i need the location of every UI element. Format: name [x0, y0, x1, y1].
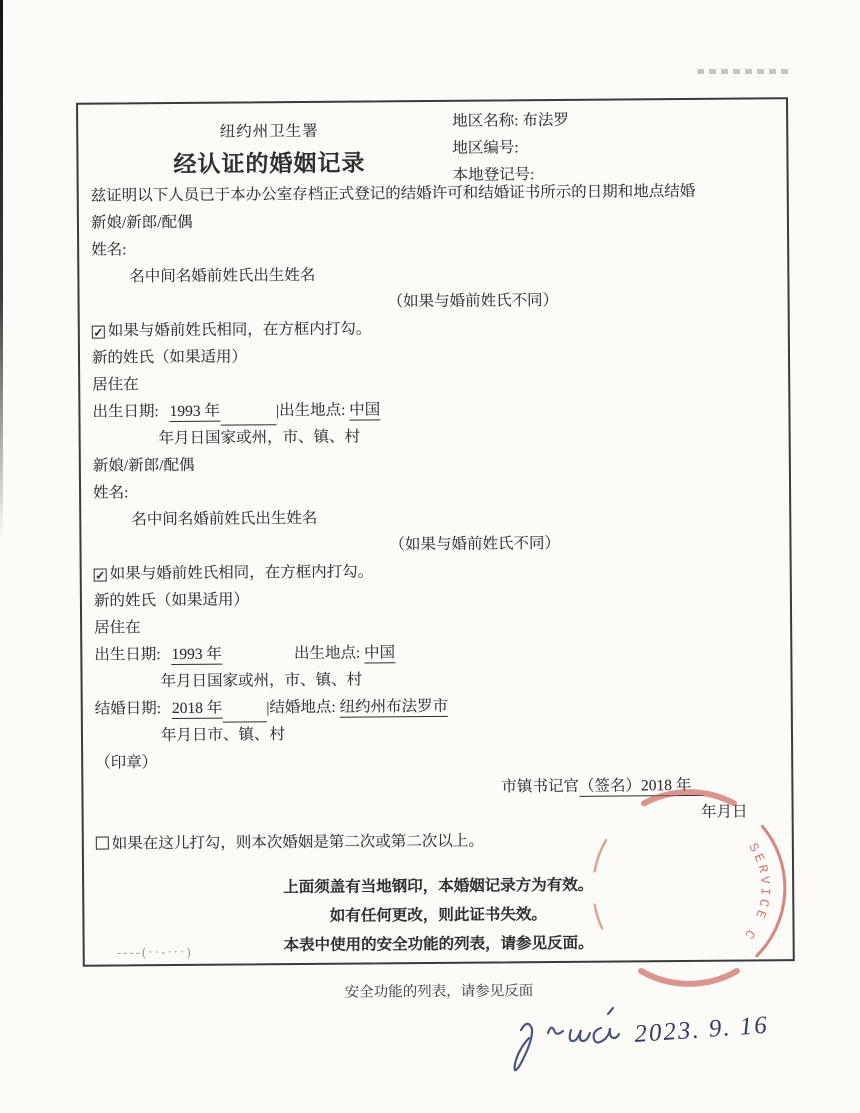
notice-line-3: 本表中使用的安全功能的列表，请参见反面。	[97, 927, 781, 961]
district-name-value: 布法罗	[522, 112, 569, 129]
marriage-place-label: 结婚地点:	[269, 699, 339, 717]
clerk-signature-text: （签名）2018 年	[579, 777, 704, 797]
spouse2-birth-date-value: 1993 年	[171, 646, 222, 665]
marriage-place-value: 纽约州布法罗市	[339, 698, 448, 718]
remarriage-label: 如果在这儿打勾，则本次婚姻是第二次或第二次以上。	[112, 833, 484, 853]
spouse1-birth-place-label: 出生地点:	[279, 402, 349, 420]
faded-form-code: ----(··-···)	[117, 944, 193, 961]
certificate-border-box: 纽约州卫生署 经认证的婚姻记录 地区名称: 布法罗 地区编号: 本地登记号: 兹…	[76, 97, 795, 967]
spouse2-same-surname-label: 如果与婚前姓氏相同，在方框内打勾。	[110, 563, 374, 582]
spouse1-checkbox-checked: ✓	[92, 326, 105, 339]
header-right-column: 地区名称: 布法罗 地区编号: 本地登记号:	[452, 107, 569, 189]
blank-underline	[220, 408, 276, 425]
spouse2-checkbox-checked: ✓	[94, 569, 107, 582]
marriage-date-label: 结婚日期:	[95, 700, 165, 718]
spouse1-same-surname-label: 如果与婚前姓氏相同，在方框内打勾。	[108, 320, 372, 339]
header-left-column: 纽约州卫生署 经认证的婚姻记录	[90, 102, 449, 180]
spouse1-birth-date-label: 出生日期:	[92, 403, 162, 421]
marriage-date-value: 2018 年	[172, 700, 223, 719]
certificate-title: 经认证的婚姻记录	[90, 144, 448, 180]
remarriage-checkbox-empty	[96, 837, 109, 850]
district-code-label: 地区编号:	[452, 134, 569, 162]
clerk-label: 市镇书记官	[501, 778, 579, 796]
signature-strokes	[515, 1008, 619, 1070]
spouse2-birth-date-label: 出生日期:	[94, 646, 164, 664]
spouse2-birth-place-value: 中国	[364, 644, 395, 663]
handwritten-date: 2023. 9. 16	[634, 1012, 770, 1048]
clerk-signature-row: 市镇书记官（签名）2018 年	[95, 771, 779, 803]
local-registry-label: 本地登记号:	[452, 161, 569, 189]
handwriting-graphic: 2023. 9. 16	[505, 1006, 805, 1078]
remarriage-row: 如果在这儿打勾，则本次婚姻是第二次或第二次以上。	[96, 825, 780, 857]
district-name-label: 地区名称:	[452, 112, 522, 130]
handwritten-annotation: 2023. 9. 16	[505, 1006, 805, 1078]
spouse1-birth-date-value: 1993 年	[170, 403, 221, 422]
agency-name: 纽约州卫生署	[90, 118, 448, 143]
below-box-note: 安全功能的列表，请参见反面	[83, 977, 795, 1004]
spouse1-birth-place-value: 中国	[349, 401, 380, 420]
district-name-row: 地区名称: 布法罗	[452, 107, 569, 135]
scan-skew-wrapper: 纽约州卫生署 经认证的婚姻记录 地区名称: 布法罗 地区编号: 本地登记号: 兹…	[0, 0, 860, 1113]
blank-underline	[222, 705, 266, 722]
scanned-document-page: 纽约州卫生署 经认证的婚姻记录 地区名称: 布法罗 地区编号: 本地登记号: 兹…	[0, 0, 860, 1113]
spouse2-birth-place-label: 出生地点:	[294, 645, 364, 663]
certificate-header: 纽约州卫生署 经认证的婚姻记录 地区名称: 布法罗 地区编号: 本地登记号:	[90, 99, 775, 182]
certification-statement: 兹证明以下人员已于本办公室存档正式登记的结婚许可和结婚证书所示的日期和地点结婚	[91, 177, 775, 209]
